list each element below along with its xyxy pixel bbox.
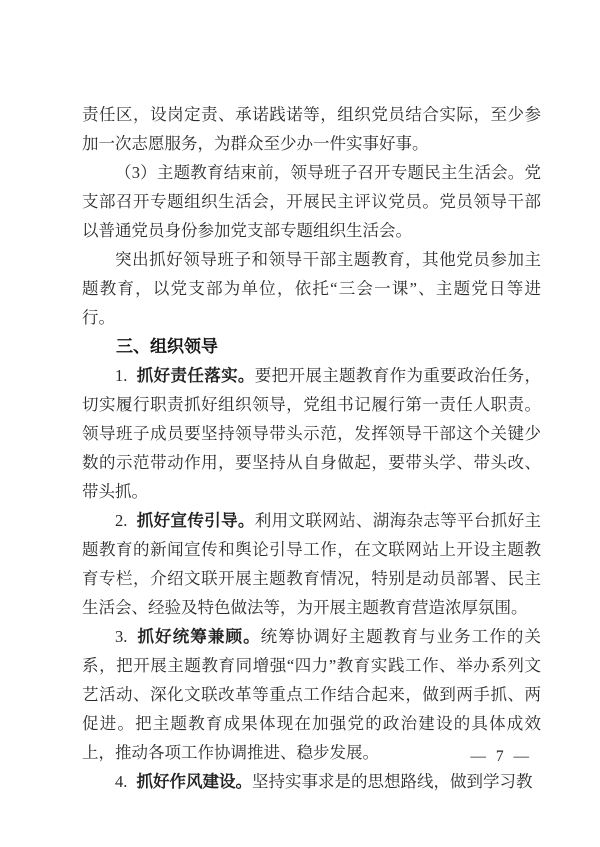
paragraph-leading-cadres: 突出抓好领导班子和领导干部主题教育，其他党员参加主题教育，以党支部为单位，依托“… bbox=[82, 245, 541, 332]
paragraph-continuation: 责任区，设岗定责、承诺践诺等，组织党员结合实际，至少参加一次志愿服务，为群众至少… bbox=[82, 100, 541, 158]
numbered-paragraph-1: 1.抓好责任落实。要把开展主题教育作为重要政治任务，切实履行职责抓好组织领导，党… bbox=[82, 361, 541, 506]
item-lead: 抓好责任落实。 bbox=[136, 366, 254, 385]
item-number: 1. bbox=[115, 366, 127, 385]
item-lead: 抓好作风建设。 bbox=[136, 772, 252, 791]
numbered-paragraph-3: 3.抓好统筹兼顾。统筹协调好主题教育与业务工作的关系，把开展主题教育同增强“四力… bbox=[82, 622, 541, 767]
item-lead: 抓好统筹兼顾。 bbox=[136, 627, 260, 646]
item-text: 统筹协调好主题教育与业务工作的关系，把开展主题教育同增强“四力”教育实践工作、举… bbox=[82, 627, 541, 762]
page-number: — 7 — bbox=[471, 748, 533, 766]
paragraph-theme-education-end: （3）主题教育结束前，领导班子召开专题民主生活会。党支部召开专题组织生活会，开展… bbox=[82, 158, 541, 245]
numbered-paragraph-2: 2.抓好宣传引导。利用文联网站、湖海杂志等平台抓好主题教育的新闻宣传和舆论引导工… bbox=[82, 506, 541, 622]
item-number: 3. bbox=[115, 627, 127, 646]
item-number: 2. bbox=[115, 511, 127, 530]
item-lead: 抓好宣传引导。 bbox=[136, 511, 254, 530]
document-body: 责任区，设岗定责、承诺践诺等，组织党员结合实际，至少参加一次志愿服务，为群众至少… bbox=[82, 100, 541, 796]
document-page: 责任区，设岗定责、承诺践诺等，组织党员结合实际，至少参加一次志愿服务，为群众至少… bbox=[0, 0, 600, 847]
numbered-paragraph-4: 4.抓好作风建设。坚持实事求是的思想路线，做到学习教 bbox=[82, 767, 541, 796]
item-number: 4. bbox=[115, 772, 127, 791]
item-text: 要把开展主题教育作为重要政治任务，切实履行职责抓好组织领导，党组书记履行第一责任… bbox=[82, 366, 541, 501]
item-text: 坚持实事求是的思想路线，做到学习教 bbox=[252, 772, 533, 791]
section-heading: 三、组织领导 bbox=[82, 332, 541, 361]
